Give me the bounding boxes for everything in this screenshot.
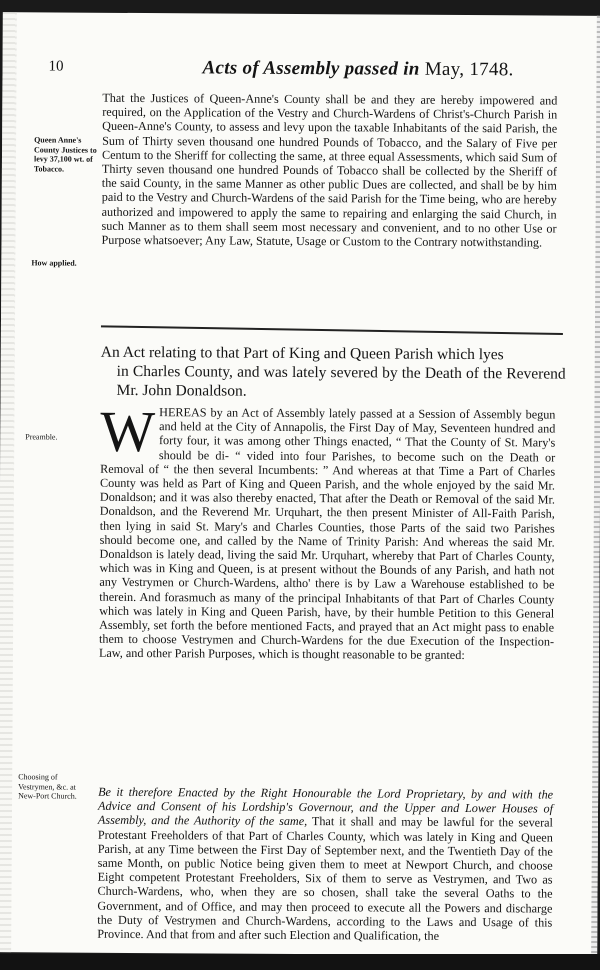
drop-cap: W <box>100 405 155 455</box>
preamble-text: HEREAS by an Act of Assembly lately pass… <box>99 405 556 662</box>
enactment-paragraph: Be it therefore Enacted by the Right Hon… <box>97 785 553 944</box>
page-header: 10 Acts of Assembly passed in May, 1748. <box>42 56 562 83</box>
margin-note-choosing-vestrymen: Choosing of Vestrymen, &c. at New-Port C… <box>18 772 86 801</box>
scan-shadow <box>0 954 600 970</box>
margin-note-levy: Queen Anne's County Justices to levy 37,… <box>34 135 102 173</box>
margin-note-how-applied: How applied. <box>31 258 99 268</box>
enactment-text: That it shall and may be lawful for the … <box>97 814 553 942</box>
act-title-line-2: in Charles County, and was lately severe… <box>101 362 566 403</box>
act-title: An Act relating to that Part of King and… <box>101 343 566 403</box>
preamble-paragraph: W HEREAS by an Act of Assembly lately pa… <box>99 405 556 663</box>
paragraph-justices-levy: That the Justices of Queen-Anne's County… <box>101 91 557 250</box>
document-page: 10 Acts of Assembly passed in May, 1748.… <box>0 12 600 956</box>
page-edge-left <box>0 12 17 952</box>
running-head: Acts of Assembly passed in May, 1748. <box>202 57 513 81</box>
running-head-date: May, 1748. <box>425 59 514 81</box>
running-head-italic: Acts of Assembly passed in <box>202 57 419 79</box>
section-divider <box>101 325 563 335</box>
page-number: 10 <box>48 58 63 75</box>
page-edge-right <box>591 16 600 956</box>
margin-note-preamble: Preamble. <box>25 432 93 442</box>
